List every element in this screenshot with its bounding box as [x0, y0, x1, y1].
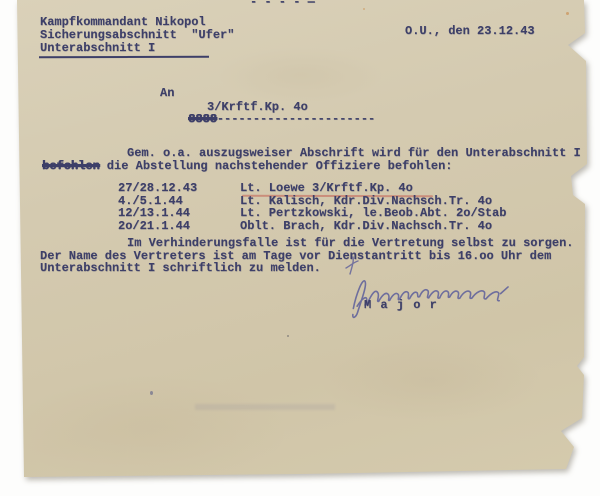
paper-speck — [566, 12, 569, 15]
paper-sheet: - - - - — Kampfkommandant Nikopol Sicher… — [0, 0, 600, 496]
scanned-document: - - - - — Kampfkommandant Nikopol Sicher… — [0, 0, 600, 496]
para1-line2-text: die Abstellung nachstehender Offiziere b… — [100, 159, 453, 173]
date-line: O.U., den 23.12.43 — [405, 25, 535, 38]
letterhead-underline — [39, 56, 209, 58]
letterhead-line3: Unterabschnitt I — [40, 42, 155, 55]
signature-rank: M a j o r — [364, 299, 438, 312]
recipient-label: An — [160, 87, 174, 100]
dash-line: ---------------------- — [217, 112, 375, 126]
paper-speck — [363, 8, 365, 10]
ghost-text-smudge — [195, 404, 335, 410]
para1-line2: befohlen die Abstellung nachstehender Of… — [42, 160, 452, 173]
assignment-officer: Oblt. Brach, Kdr.Div.Nachsch.Tr. 4o — [240, 220, 492, 233]
top-edge-dashes: - - - - — — [250, 0, 315, 9]
para2-line3: Unterabschnitt I schriftlich zu melden. — [40, 262, 321, 275]
paper-speck — [287, 335, 289, 337]
paper-shadow: - - - - — Kampfkommandant Nikopol Sicher… — [0, 0, 600, 496]
assignment-date: 2o/21.1.44 — [118, 220, 190, 233]
struck-word: befohlen — [42, 159, 100, 173]
struck-number: 8888 — [188, 112, 217, 126]
ink-dot — [150, 391, 153, 395]
recipient-dash-line: 8888---------------------- — [188, 113, 375, 126]
